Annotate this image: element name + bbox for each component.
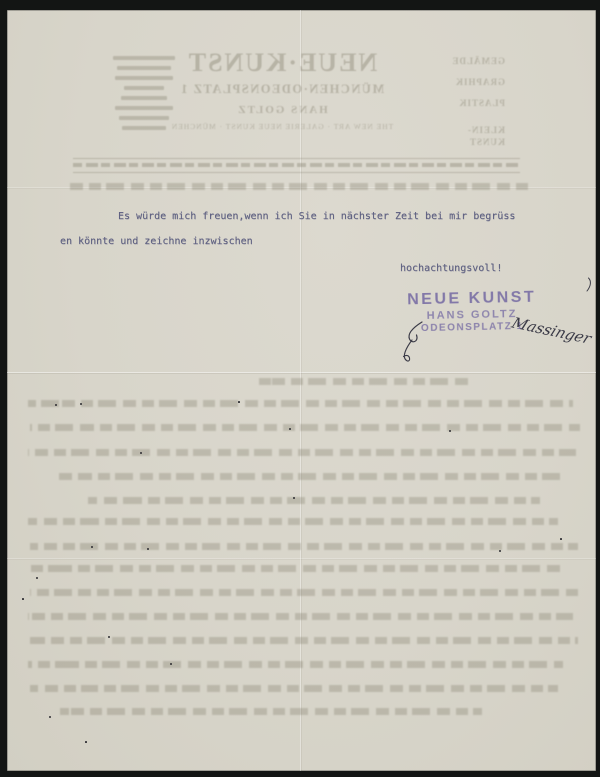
- verso-text-line: [28, 518, 558, 525]
- pen-mark: [585, 277, 595, 293]
- typed-body-line-2: en könnte und zeichne inzwischen: [60, 236, 253, 247]
- stamp-line-gallery: NEUE KUNST: [402, 290, 542, 309]
- verso-text-line: [30, 637, 578, 644]
- letterhead-category: GRAPHIK: [445, 77, 505, 87]
- dust-speck: [289, 428, 291, 430]
- letterhead-footer-band: [73, 158, 520, 173]
- verso-text-line: [30, 685, 558, 692]
- letterhead-footer-microtext: [73, 163, 520, 167]
- verso-text-line: [60, 708, 482, 715]
- letterhead-category: KUNST: [445, 137, 505, 147]
- verso-text-line: [30, 543, 578, 550]
- letterhead-owner-name: HANS GOLTZ: [145, 104, 419, 116]
- dust-speck: [449, 430, 451, 432]
- verso-text-line: [30, 424, 580, 431]
- letterhead-contact-strip: [124, 86, 164, 90]
- verso-text-line: [28, 449, 576, 456]
- letterhead-contact-column: [103, 56, 185, 136]
- dust-speck: [170, 663, 172, 665]
- letterhead-contact-strip: [121, 96, 167, 100]
- dust-speck: [36, 577, 38, 579]
- dust-speck: [85, 741, 87, 743]
- dust-speck: [22, 598, 24, 600]
- letterhead-center-block: NEUE·KUNST MÜNCHEN·ODEONSPLATZ 1 HANS GO…: [145, 48, 419, 131]
- dust-speck: [80, 403, 82, 405]
- typed-body-line-1: Es würde mich freuen,wenn ich Sie in näc…: [118, 211, 515, 222]
- verso-text-line: [70, 183, 530, 190]
- verso-text-line: [28, 613, 573, 620]
- ink-paraph: [396, 319, 430, 363]
- dust-speck: [55, 404, 57, 406]
- letterhead-contact-strip: [115, 76, 173, 80]
- letterhead-category: KLEIN-: [445, 125, 505, 135]
- dust-speck: [238, 401, 240, 403]
- dust-speck: [49, 716, 51, 718]
- letterhead-gallery-title: NEUE·KUNST: [145, 48, 419, 78]
- dust-speck: [560, 538, 562, 540]
- dust-speck: [293, 497, 295, 499]
- letterhead-category: PLASTIK: [445, 98, 505, 108]
- letterhead-address-line: MÜNCHEN·ODEONSPLATZ 1: [145, 82, 419, 97]
- letterhead-contact-strip: [119, 116, 169, 120]
- dust-speck: [91, 546, 93, 548]
- dust-speck: [108, 636, 110, 638]
- dust-speck: [499, 550, 501, 552]
- verso-text-line: [28, 661, 563, 668]
- letterhead-category-column: GEMÄLDE GRAPHIK PLASTIK KLEIN- KUNST: [445, 56, 505, 158]
- verso-text-line: [55, 473, 563, 480]
- letterhead-contact-strip: [117, 66, 171, 70]
- dust-speck: [140, 452, 142, 454]
- letterhead-contact-strip: [115, 106, 173, 110]
- scanned-letter-photo: GEMÄLDE GRAPHIK PLASTIK KLEIN- KUNST NEU…: [0, 0, 600, 777]
- letterhead-contact-strip: [113, 56, 175, 60]
- verso-text-line: [28, 565, 563, 572]
- verso-text-line: [88, 497, 540, 504]
- typed-closing: hochachtungsvoll!: [400, 263, 502, 274]
- letterhead-english-line: THE NEW ART · GALERIE NEUE KUNST · MÜNCH…: [145, 122, 419, 131]
- verso-text-line: [255, 378, 470, 385]
- verso-text-line: [30, 589, 578, 596]
- letterhead-category: GEMÄLDE: [445, 56, 505, 66]
- verso-text-line: [28, 400, 573, 407]
- dust-speck: [147, 548, 149, 550]
- letterhead-contact-strip: [122, 126, 166, 130]
